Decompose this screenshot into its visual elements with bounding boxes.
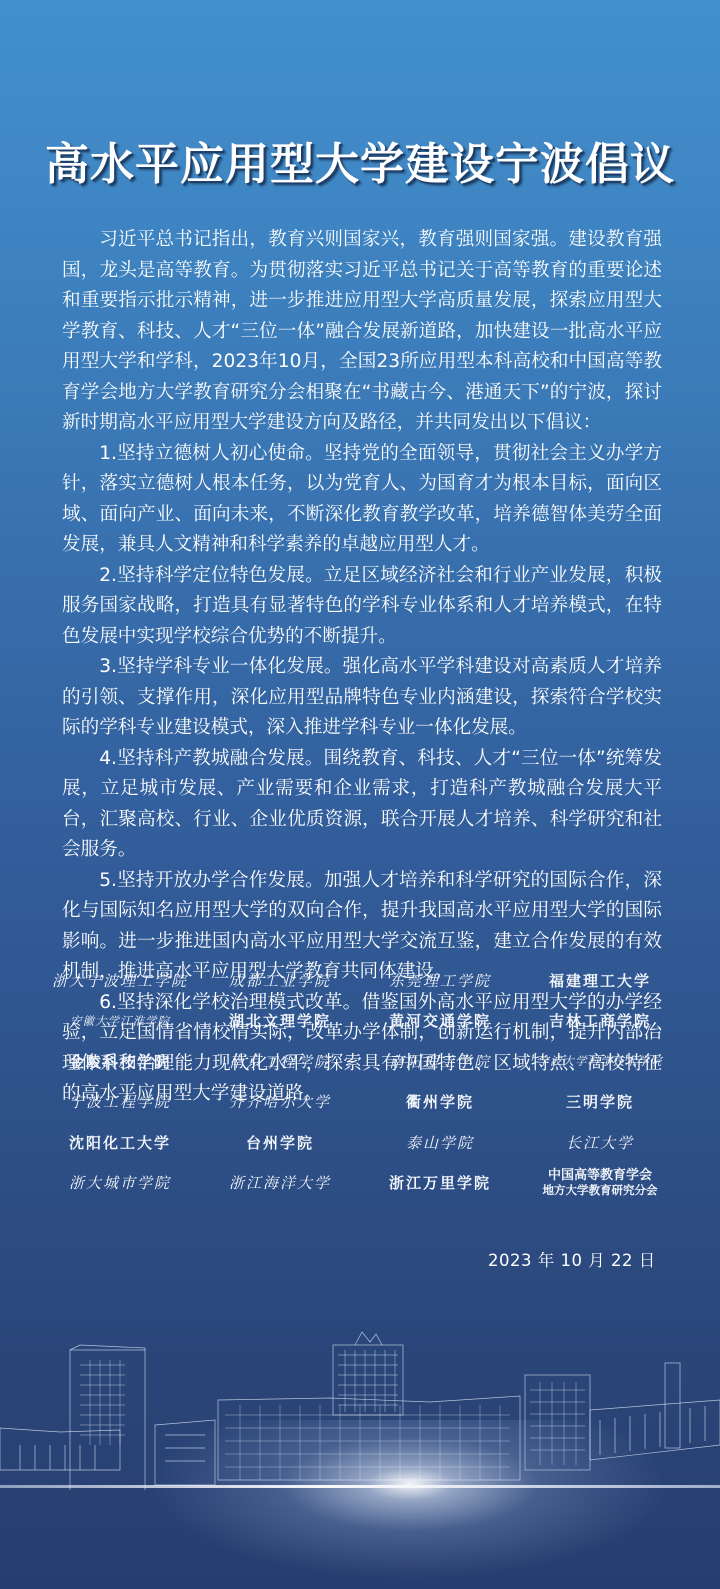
signatory: 浙大宁波理工学院 [40,960,200,1001]
society-name: 中国高等教育学会 [548,1169,652,1183]
signatory: 南京工程学院 [200,1041,360,1082]
signatory: 宁波工程学院 [40,1082,200,1123]
signatory: 浙江万里学院 [360,1163,520,1204]
society-branch: 地方大学教育研究分会 [543,1183,658,1197]
signatory: 台州学院 [200,1122,360,1163]
signatory: 宁波大学科学技术学院 [520,1041,680,1082]
campus-skyline-illustration [0,1320,720,1490]
signatory: 金陵科技学院 [40,1041,200,1082]
signatory: 长江大学 [520,1122,680,1163]
signatories-grid: 浙大宁波理工学院 成都工业学院 东莞理工学院 福建理工大学 安徽大学江淮学院 湖… [40,960,680,1203]
signatory: 湖北文理学院 [200,1001,360,1042]
proposal-item-1: 1.坚持立德树人初心使命。坚持党的全面领导，贯彻社会主义办学方针，落实立德树人根… [62,439,662,561]
proposal-item-2: 2.坚持科学定位特色发展。立足区域经济社会和行业产业发展，积极服务国家战略，打造… [62,561,662,653]
signatory: 齐齐哈尔大学 [200,1082,360,1123]
proposal-item-3: 3.坚持学科专业一体化发展。强化高水平学科建设对高素质人才培养的引领、支撑作用，… [62,652,662,744]
signatory: 南阳理工学院 [360,1041,520,1082]
signatory: 衢州学院 [360,1082,520,1123]
intro-paragraph: 习近平总书记指出，教育兴则国家兴，教育强则国家强。建设教育强国，龙头是高等教育。… [62,225,662,439]
signatory: 吉林工商学院 [520,1001,680,1042]
issue-date: 2023 年 10 月 22 日 [488,1247,656,1271]
signatory: 沈阳化工大学 [40,1122,200,1163]
signatory: 泰山学院 [360,1122,520,1163]
signatory: 三明学院 [520,1082,680,1123]
signatory-society: 中国高等教育学会 地方大学教育研究分会 [520,1163,680,1204]
signatory: 福建理工大学 [520,960,680,1001]
signatory: 黄河交通学院 [360,1001,520,1042]
signatory: 浙大城市学院 [40,1163,200,1204]
signatory: 安徽大学江淮学院 [40,1001,200,1042]
signatory: 成都工业学院 [200,960,360,1001]
signatory: 东莞理工学院 [360,960,520,1001]
page-title: 高水平应用型大学建设宁波倡议 [0,128,720,192]
signatory: 浙江海洋大学 [200,1163,360,1204]
horizon-line-decoration [0,1485,720,1488]
proposal-item-4: 4.坚持科产教城融合发展。围绕教育、科技、人才“三位一体”统筹发展，立足城市发展… [62,744,662,866]
